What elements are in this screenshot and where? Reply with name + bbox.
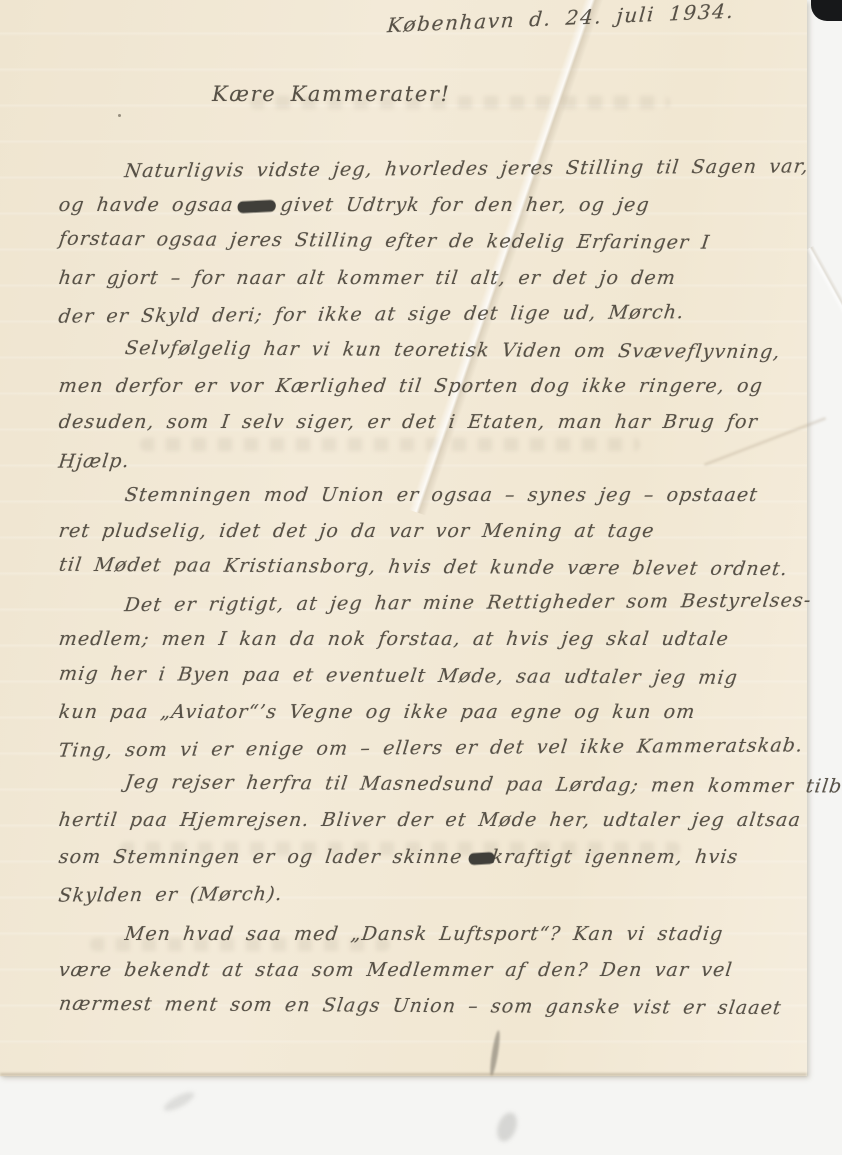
letter-line: desuden, som I selv siger, er det i Etat… [56, 411, 805, 447]
letter-line: være bekendt at staa som Medlemmer af de… [56, 959, 805, 995]
letter-line: Det er rigtigt, at jeg har mine Rettighe… [56, 590, 806, 631]
line-text: og havde ogsaa [58, 194, 235, 216]
letter-line: der er Skyld deri; for ikke at sige det … [56, 300, 806, 341]
letter-line: ret pludselig, idet det jo da var vor Me… [56, 520, 805, 556]
letter-line: nærmest ment som en Slags Union – som ga… [56, 993, 805, 1034]
letter-body: Naturligvis vidste jeg, hvorledes jeres … [58, 158, 803, 1032]
letter-line: hertil paa Hjemrejsen. Bliver der et Mød… [56, 809, 805, 845]
letter-line: Men hvad saa med „Dansk Luftsport“? Kan … [56, 923, 805, 959]
letter-dateline: København d. 24. juli 1934. [386, 0, 735, 37]
letter-paper: København d. 24. juli 1934. Kære Kammera… [0, 0, 807, 1076]
letter-line: Ting, som vi er enige om – ellers er det… [56, 734, 806, 775]
letter-line: som Stemningen er og lader skinnekraftig… [56, 846, 805, 882]
fold-crease [806, 246, 842, 476]
pencil-smudge [488, 1030, 501, 1076]
letter-line: Stemningen mod Union er ogsaa – synes je… [56, 484, 805, 520]
letter-line: og havde ogsaagivet Udtryk for den her, … [56, 194, 805, 230]
letter-line: til Mødet paa Kristiansborg, hvis det ku… [56, 554, 805, 595]
scanned-letter-page: København d. 24. juli 1934. Kære Kammera… [0, 0, 842, 1155]
letter-line: Skylden er (Mørch). [56, 879, 806, 920]
scribbled-out-word [468, 852, 495, 864]
letter-line: mig her i Byen paa et eventuelt Møde, sa… [56, 662, 805, 703]
letter-line: har gjort – for naar alt kommer til alt,… [56, 267, 805, 303]
letter-line: forstaar ogsaa jeres Stilling efter de k… [56, 228, 805, 269]
line-text: som Stemningen er og lader skinne [58, 846, 464, 868]
letter-line: Selvfølgelig har vi kun teoretisk Viden … [56, 337, 805, 378]
letter-line: medlem; men I kan da nok forstaa, at hvi… [56, 628, 805, 664]
letter-line: kun paa „Aviator“’s Vegne og ikke paa eg… [56, 701, 805, 737]
letter-salutation: Kære Kammerater! [212, 82, 451, 106]
paper-speck [118, 114, 121, 117]
letter-line: Naturligvis vidste jeg, hvorledes jeres … [56, 155, 806, 196]
letter-line: men derfor er vor Kærlighed til Sporten … [56, 375, 805, 411]
scanner-corner-artifact [811, 0, 842, 21]
line-text: kraftigt igennem, hvis [490, 846, 740, 868]
letter-line: Jeg rejser herfra til Masnedsund paa Lør… [56, 771, 805, 812]
background-smudge [493, 1110, 520, 1144]
background-smudge [161, 1089, 196, 1115]
line-text: givet Udtryk for den her, og jeg [279, 194, 651, 216]
letter-line: Hjælp. [56, 445, 806, 486]
scribbled-out-word [237, 200, 276, 213]
